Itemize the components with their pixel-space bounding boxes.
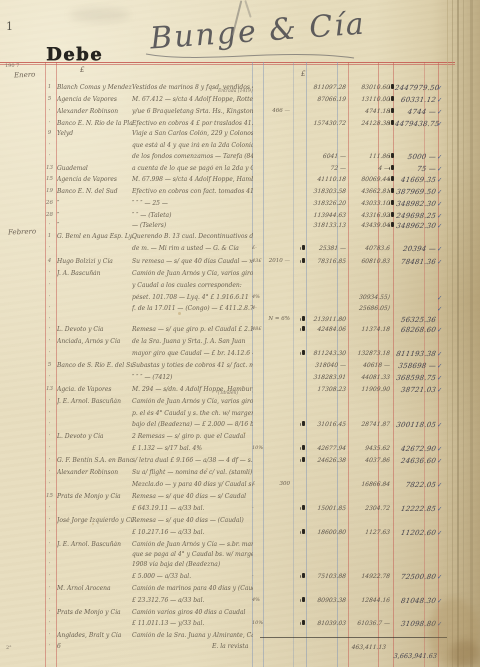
entry-ref2: 300 (263, 481, 290, 487)
entry-name: J. E. Arnol. Bascuñán (57, 541, 133, 548)
amount-col1: 18600.80 (307, 529, 347, 536)
ledger-row: 9 Yelyd Viaje a San Carlos Colón, 229 y … (0, 130, 480, 141)
ink-mark (302, 258, 305, 263)
entry-day: 9 (43, 130, 56, 136)
amount-col3: 42672.90 (394, 445, 436, 453)
total-col3: 3,663,941.63 (393, 652, 438, 660)
checkmark-icon: ✓ (437, 96, 447, 104)
ledger-row: 15 Prats de Monjo y Cía Remesa — s/ que … (0, 493, 480, 504)
amount-col2: 9435.62 (351, 445, 391, 452)
ledger-row: 5 Banco de S. Río E. del Sud Subastas y … (0, 362, 480, 373)
ink-mark (302, 421, 305, 426)
ledger-row: · p. el és 4° Caudal y s. the ch. w/ mar… (0, 410, 480, 421)
checkmark-icon: ✓ (437, 505, 447, 513)
amount-col2: 24128.38 (351, 120, 391, 127)
entry-desc: Remesa — s/ que 40 días — (Caudal) (132, 517, 253, 524)
entry-day: · (43, 374, 56, 380)
entry-ref2: N = 6% (263, 316, 290, 322)
totals-rule (260, 637, 447, 638)
entry-desc: Subastas y toties de cobros 41 s/ fact. … (132, 362, 253, 369)
ledger-row: 1 G. Beml en Agua Esp. Lyst. Querendo B.… (0, 233, 480, 244)
checkmark-icon: ✓ (437, 165, 447, 173)
entry-day: · (43, 505, 56, 511)
ledger-row: · £ 11.011.13 — y/33 bal. 10% 81039.03 6… (0, 620, 480, 631)
entry-desc: Querendo B. 13 cual. Decontinuativos de (132, 233, 253, 240)
entry-name: Alexander Robinson (57, 108, 133, 115)
amount-col1: 81039.03 (307, 620, 347, 627)
amount-col3: 4744 — (394, 108, 436, 116)
entry-name: Banco de S. Río E. del Sud (57, 362, 133, 369)
entry-name: Banco E. N. Río de la Plata (57, 120, 133, 127)
entry-ref: 10% (252, 445, 265, 451)
ink-mark (391, 153, 394, 158)
amount-col2: 1127.63 (351, 529, 391, 536)
entry-name: G. Beml en Agua Esp. Lyst. (57, 233, 133, 240)
ledger-row: 15 Agencia de Vapores M. 67.998 — s/cta … (0, 176, 480, 187)
entry-ref: 4- (252, 305, 265, 311)
amount-col2: 132873.18 (351, 350, 391, 357)
amount-col2: 43662.81 (351, 188, 391, 195)
entry-name: L. Devoto y Cía (57, 433, 133, 440)
amount-col1: 25381 — (307, 245, 347, 252)
entry-desc: — (Tselers) (132, 222, 253, 229)
entry-day: · (43, 108, 56, 114)
ink-mark (391, 188, 394, 193)
entry-desc: a cuenta de lo que se pagó en la 2da y C… (132, 165, 253, 172)
entry-day: · (43, 573, 56, 579)
checkmark-icon: ✓ (437, 374, 447, 382)
stain (70, 8, 130, 22)
entry-desc: £ 11.011.13 — y/33 bal. (132, 620, 253, 627)
amount-col3: 348962.30 (394, 222, 436, 230)
amount-col1: 31016.45 (307, 421, 347, 428)
amount-col1: 157430.72 (307, 120, 347, 127)
ink-mark (391, 120, 394, 125)
checkmark-icon: ✓ (437, 294, 447, 302)
amount-col1: 72 — (307, 165, 347, 172)
amount-col3: 811193.38 (394, 350, 436, 358)
page-edge-line (463, 0, 464, 667)
amount-col3: 4479438.75 (394, 120, 436, 128)
amount-col3: 5000 — (394, 153, 436, 161)
entry-desc: Efectivo en cobros 4 £ por traslados 41.… (132, 120, 253, 127)
entry-name: Prats de Monjo y Cía (57, 609, 133, 616)
entry-name: J. E. Arnol. Bascuñán (57, 398, 133, 405)
checkmark-icon: ✓ (437, 258, 447, 266)
currency-mark-left: £ (80, 66, 84, 74)
entry-day: · (43, 609, 56, 615)
entry-subnote: Entrada (1419) (218, 89, 253, 94)
entry-desc: £ 1.132 — s/17 bal. 4% (132, 445, 253, 452)
amount-col1: 318040 — (307, 362, 347, 369)
ledger-row: · Mezcla.do — y para 40 días y/ Caudal s… (0, 481, 480, 492)
foxing-spot (206, 468, 208, 470)
amount-col1: 318283.91 (307, 374, 347, 381)
ink-mark (302, 573, 305, 578)
currency-mark-right: £ (301, 70, 305, 78)
entry-name: Alexander Robinson (57, 469, 133, 476)
amount-col2: 11909.90 (351, 386, 391, 393)
amount-col2: 43033.10 (351, 200, 391, 207)
amount-col3: 2447979.50 (394, 84, 436, 92)
ink-mark (391, 84, 394, 89)
ink-mark (302, 245, 305, 250)
ink-mark (302, 505, 305, 510)
amount-col1: 318133.13 (307, 222, 347, 229)
stain (450, 640, 480, 667)
amount-col2: 4037.86 (351, 457, 391, 464)
ledger-row: · bajo del (Beadezna) — £ 2.000 — 8/16 b… (0, 421, 480, 432)
entry-day: · (43, 517, 56, 523)
entry-desc: E. la revista (212, 643, 333, 650)
amount-col3: 12222.85 (394, 505, 436, 513)
entry-name: Guademal (57, 165, 133, 172)
entry-day: · (43, 561, 56, 567)
amount-col2: 11374.18 (351, 326, 391, 333)
amount-col2: 13110.00 (351, 96, 391, 103)
entry-name: Blanch Comas y Mendez (57, 84, 133, 91)
checkmark-icon: ✓ (437, 457, 447, 465)
ink-mark (391, 96, 394, 101)
entry-name: Hugo Bolzizi y Cía (57, 258, 133, 265)
entry-day: 1 (43, 84, 56, 90)
entry-day: · (43, 585, 56, 591)
entry-day: · (43, 153, 56, 159)
year-label: 190 7 (5, 63, 19, 69)
entry-day: · (43, 541, 56, 547)
ledger-row: · £ 23.312.76 — a/33 bal. 4% 80903.38 12… (0, 597, 480, 608)
ledger-row: · de m. — Mi rim a usted — G. & Cía £- 2… (0, 245, 480, 256)
entry-desc: £ 10.217.16 — a/33 bal. (132, 529, 253, 536)
amount-col2: 16866.84 (351, 481, 391, 488)
entry-desc: Mezcla.do — y para 40 días y/ Caudal s.v… (132, 481, 253, 488)
ledger-row: · de los fondos comenzamos — Tarefa (841… (0, 153, 480, 164)
amount-col3: 348982.30 (394, 200, 436, 208)
entry-desc: de m. — Mi rim a usted — G. & Cía (132, 245, 253, 252)
entry-day: · (43, 410, 56, 416)
entry-day: 1 (43, 233, 56, 239)
amount-col3: 72500.80 (394, 573, 436, 581)
ink-mark (302, 350, 305, 355)
ink-mark (391, 200, 394, 205)
entry-day: · (43, 120, 56, 126)
entry-day: 28 (43, 212, 56, 218)
entry-desc: Remesa — s/ que giro p. el Caudal £ 2.10… (132, 326, 253, 333)
entry-desc: ″ ″ — (Taleta) (132, 212, 253, 219)
ledger-row: · que está al 4 y que irá en la 2da Colo… (0, 142, 480, 153)
checkmark-icon: ✓ (437, 245, 447, 253)
ledger-row: · péset. 101.708 — Lyq. 4° £ 1.916.6.11 … (0, 294, 480, 305)
entry-ref: - (252, 505, 265, 511)
entry-day: · (43, 305, 56, 311)
checkmark-icon: ✓ (437, 108, 447, 116)
amount-col2: 12844.16 (351, 597, 391, 604)
ledger-row: · 1908 vía baja del (Beadezna) (0, 561, 480, 572)
entry-ref2: 2010 — (263, 258, 290, 264)
page-edge-line (447, 0, 448, 667)
ledger-row: · Prats de Monjo y Cía Camión varios gir… (0, 609, 480, 620)
page-edge-line (452, 0, 453, 667)
entry-desc: p. el és 4° Caudal y s. the ch. w/ marge… (132, 410, 253, 417)
amount-col3: 358698 — (394, 362, 436, 370)
amount-col1: 42677.94 (307, 445, 347, 452)
checkmark-icon: ✓ (437, 188, 447, 196)
ledger-row: 13 Guademal a cuenta de lo que se pagó e… (0, 165, 480, 176)
page-number: 1 (6, 20, 13, 33)
checkmark-icon: ✓ (437, 481, 447, 489)
amount-col1: 41110.18 (307, 176, 347, 183)
amount-col2: 43439.04 (351, 222, 391, 229)
entry-name: J. A. Bascuñán (57, 270, 133, 277)
entry-day: 15 (43, 176, 56, 182)
amount-col2: 2304.72 (351, 505, 391, 512)
entry-day: · (43, 529, 56, 535)
entry-day: · (43, 326, 56, 332)
entry-day: · (43, 457, 56, 463)
amount-col1: 6041 — (307, 153, 347, 160)
amount-col3: 7822.05 (394, 481, 436, 489)
checkmark-icon: ✓ (437, 305, 447, 313)
entry-ref: 48£ (252, 326, 265, 332)
amount-col2: 4 — (351, 165, 391, 172)
entry-day: · (43, 481, 56, 487)
amount-col1: 15001.85 (307, 505, 347, 512)
entry-desc: que se paga al 4° y Caudal bs. w/ margen (132, 551, 253, 558)
footer-mark: 2° (6, 645, 12, 651)
amount-col1: 318303.58 (307, 188, 347, 195)
checkmark-icon: ✓ (437, 200, 447, 208)
entry-desc: Viaje a San Carlos Colón, 229 y Colonos (132, 130, 253, 137)
entry-desc: ″ ″ ″ — 25 — (132, 200, 253, 207)
ledger-row: · Anciada, Arnós y Cía de la Sra. Juana … (0, 338, 480, 349)
amount-col3: 81048.30 (394, 597, 436, 605)
entry-name: Yelyd (57, 130, 133, 137)
ledger-row: · £ 10.217.16 — a/33 bal. 18600.80 1127.… (0, 529, 480, 540)
ink-mark (391, 108, 394, 113)
amount-col3: 56325.36 (394, 316, 436, 324)
entry-desc: £ 23.312.76 — a/33 bal. (132, 597, 253, 604)
entry-day: 4 (43, 258, 56, 264)
amount-col1: 17308.23 (307, 386, 347, 393)
checkmark-icon: ✓ (437, 529, 447, 537)
amount-col3: 368598.75 (394, 374, 436, 382)
amount-col2: 83010.60 (351, 84, 391, 91)
amount-col1: 78316.85 (307, 258, 347, 265)
entry-name: L. Devoto y Cía (57, 326, 133, 333)
checkmark-icon: ✓ (437, 386, 447, 394)
checkmark-icon: ✓ (437, 120, 447, 128)
ink-mark (302, 326, 305, 331)
ledger-row: · J. E. Arnol. Bascuñán Camión de Juan A… (0, 398, 480, 409)
foxing-spot (243, 432, 246, 434)
checkmark-icon: ✓ (437, 326, 447, 334)
amount-col3: 38721.03 (394, 386, 436, 394)
entry-name: Agcia. de Vapores (57, 386, 133, 393)
entry-day: · (43, 294, 56, 300)
entry-day: · (43, 445, 56, 451)
checkmark-icon: ✓ (437, 222, 447, 230)
ledger-row: · L. Devoto y Cía Remesa — s/ que giro p… (0, 326, 480, 337)
total-col2: 463,411.13 (348, 644, 387, 651)
entry-day: · (43, 222, 56, 228)
entry-day: · (43, 316, 56, 322)
entry-day: 19 (43, 188, 56, 194)
ledger-row: · £ 5.000 — a/33 bal. - 75103.88 14922.7… (0, 573, 480, 584)
ledger-page: 1 Debe Bunge & Cía 190 7 Enero Febrero £… (0, 0, 480, 667)
entry-day: · (43, 282, 56, 288)
amount-col3: 75 — (394, 165, 436, 173)
amount-col1: 87066.19 (307, 96, 347, 103)
checkmark-icon: ✓ (437, 176, 447, 184)
amount-col2: 60810.83 (351, 258, 391, 265)
entry-day: · (43, 142, 56, 148)
ledger-row: 4 Hugo Bolzizi y Cía Su remesa — s/ que … (0, 258, 480, 269)
entry-desc: Su a/ flight — nomina de c/ val. (stamli… (132, 469, 253, 476)
entry-day: 26 (43, 200, 56, 206)
entry-day: · (43, 245, 56, 251)
amount-col3: 20394 — (394, 245, 436, 253)
amount-col3: 78481.36 (394, 258, 436, 266)
title-flourish (140, 44, 360, 66)
entry-name: M. Arnol Arocena (57, 585, 133, 592)
ledger-row: 5 Agencia de Vapores M. 67.412 — s/cta 4… (0, 96, 480, 107)
entry-desc: Camión de la Sra. Juana y Almirante, Cal… (132, 632, 253, 639)
entry-day: 13 (43, 165, 56, 171)
entry-desc: ″ ″ ″ — (7412) (132, 374, 253, 381)
amount-col2: 25686.05⟩ (351, 305, 391, 312)
amount-col1: 24626.38 (307, 457, 347, 464)
amount-col1: 811097.28 (307, 84, 347, 91)
checkmark-icon: ✓ (437, 350, 447, 358)
entry-desc: s/ letra dual £ 9.166 — a/38 — 4 df — s.… (132, 457, 253, 464)
amount-col3: 300118.05 (394, 421, 436, 429)
entry-desc: f. de la 17.011 — (Congo) — £ 411.2.8.7 (132, 305, 253, 312)
entry-day: · (43, 350, 56, 356)
entry-name: Prats de Monjo y Cía (57, 493, 133, 500)
entry-desc: péset. 101.708 — Lyq. 4° £ 1.916.6.11 (132, 294, 253, 301)
ink-mark (302, 445, 305, 450)
entry-day: 15 (43, 493, 56, 499)
entry-desc: Camión de Juan Arnós y Cía — s.br. marge… (132, 541, 253, 548)
month-label-enero: Enero (14, 71, 36, 80)
checkmark-icon: ✓ (437, 84, 447, 92)
amount-col2: 40618 — (351, 362, 391, 369)
ink-mark (391, 176, 394, 181)
ledger-row: · Alexander Robinson Su a/ flight — nomi… (0, 469, 480, 480)
amount-col2: 14922.78 (351, 573, 391, 580)
ink-mark (302, 620, 305, 625)
amount-col1: 42484.06 (307, 326, 347, 333)
amount-col3: 68268.60 (394, 326, 436, 334)
amount-col2: 43316.92 (351, 212, 391, 219)
ledger-row: · ″ — (Tselers) 318133.13 43439.04 34896… (0, 222, 480, 233)
ledger-row: · £ 643.19.11 — a/33 bal. - 15001.85 230… (0, 505, 480, 516)
ledger-row: · mayor giro que Caudal — £ br. 14.12.6 … (0, 350, 480, 361)
ink-mark (391, 165, 394, 170)
amount-col2: 44081.33 (351, 374, 391, 381)
entry-subnote: (Tanden) (218, 391, 238, 396)
entry-day: · (43, 632, 56, 638)
entry-desc: Camión de Juan Arnós y Cía, varios giros (132, 398, 253, 405)
entry-desc: Camión de Juan Arnós y Cía, varios giros… (132, 270, 253, 277)
foxing-spot (92, 523, 94, 525)
checkmark-icon: ✓ (437, 445, 447, 453)
entry-ref: - (252, 573, 265, 579)
side-header-debe: Debe (46, 44, 103, 65)
entry-desc: Camión varios giros 40 días a Caudal (132, 609, 253, 616)
ink-mark (391, 222, 394, 227)
ledger-row: · ″ ″ ″ — (7412) 318283.91 44081.33 3685… (0, 374, 480, 385)
amount-col2: 80069.44 (351, 176, 391, 183)
entry-day: · (43, 421, 56, 427)
entry-desc: 1908 vía baja del (Beadezna) (132, 561, 253, 568)
amount-col2: 40783.6 (351, 245, 391, 252)
checkmark-icon: ✓ (437, 421, 447, 429)
amount-col2: 61036.7 — (351, 620, 391, 627)
entry-day: · (43, 433, 56, 439)
entry-day: · (43, 338, 56, 344)
amount-col1: 75103.88 (307, 573, 347, 580)
amount-col2: 4741.18 (351, 108, 391, 115)
entry-desc: £ 5.000 — a/33 bal. (132, 573, 253, 580)
entry-desc: y/ue 6 Braqueletang Srta. Hs., Kingston … (132, 108, 253, 115)
entry-name: 6 (57, 643, 133, 650)
checkmark-icon: ✓ (437, 573, 447, 581)
entry-desc: bajo del (Beadezna) — £ 2.000 — 8/16 bal… (132, 421, 253, 428)
ledger-row: · f. de la 17.011 — (Congo) — £ 411.2.8.… (0, 305, 480, 316)
entry-name: ″ (57, 200, 133, 207)
entry-ref: £- (252, 245, 265, 251)
entry-desc: Su remesa — s/ que 40 días Caudal — x-a-… (132, 258, 253, 265)
ledger-row: · M. Arnol Arocena Camión de marinos par… (0, 585, 480, 596)
entry-name: Agencia de Vapores (57, 176, 133, 183)
amount-col3: 11202.60 (394, 529, 436, 537)
entry-ref: 4% (252, 597, 265, 603)
amount-col3: 60331.12 (394, 96, 436, 104)
entry-desc: mayor giro que Caudal — £ br. 14.12.6 — … (132, 350, 253, 357)
entry-desc: Camión de marinos para 40 días y (Caudal… (132, 585, 253, 592)
amount-col1: 811243.30 (307, 350, 347, 357)
entry-desc: M. 67.998 — s/cta 4 Adolf Hoppe, Hamburg… (132, 176, 253, 183)
ink-mark (302, 529, 305, 534)
amount-col3: 24636.60 (394, 457, 436, 465)
ledger-row: · £ 1.132 — s/17 bal. 4% 10% 42677.94 94… (0, 445, 480, 456)
entry-name: Agencia de Vapores (57, 96, 133, 103)
ink-mark (302, 316, 305, 321)
amount-col3: 387969.50 (394, 188, 436, 196)
entry-day: 5 (43, 96, 56, 102)
entry-ref: 4% (252, 294, 265, 300)
entry-desc: que está al 4 y que irá en la 2da Coloni… (132, 142, 253, 149)
entry-desc: Remesa — s/ que 40 días — s/ Caudal (132, 493, 253, 500)
checkmark-icon: ✓ (437, 362, 447, 370)
ledger-row: 1 Blanch Comas y Mendez Vestidos de mari… (0, 84, 480, 95)
entry-day: · (43, 551, 56, 557)
ledger-row: · J. A. Bascuñán Camión de Juan Arnós y … (0, 270, 480, 281)
entry-desc: £ 643.19.11 — a/33 bal. (132, 505, 253, 512)
entry-day: · (43, 597, 56, 603)
entry-name: ″ (57, 212, 133, 219)
entry-desc: y Caudal a los cuales corresponden: (132, 282, 253, 289)
amount-col1: 80903.38 (307, 597, 347, 604)
ledger-row: 26 ″ ″ ″ ″ — 25 — 318326.20 43033.10 348… (0, 200, 480, 211)
ink-mark (391, 212, 394, 217)
amount-col2: 28741.87 (351, 421, 391, 428)
ledger-row: · y Caudal a los cuales corresponden: (0, 282, 480, 293)
entry-desc: 2 Remesas — s/ giro p. que el Caudal (132, 433, 253, 440)
ledger-row: 13 Agcia. de Vapores M. 294 — s/dn. 4 Ad… (0, 386, 480, 397)
entry-day: 5 (43, 362, 56, 368)
